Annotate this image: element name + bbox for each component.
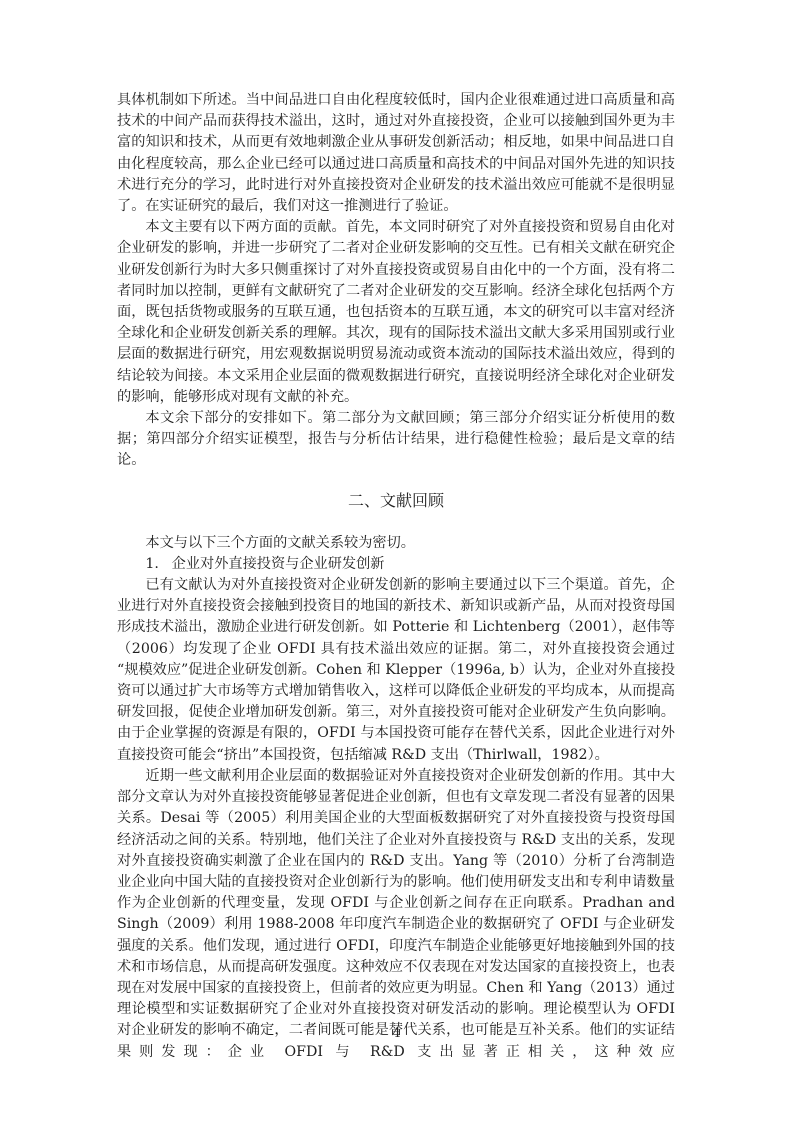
paragraph-mechanism-discussion: 具体机制如下所述。当中间品进口自由化程度较低时，国内企业很难通过进口高质量和高技…: [117, 90, 675, 217]
page-body: 具体机制如下所述。当中间品进口自由化程度较低时，国内企业很难通过进口高质量和高技…: [117, 90, 675, 1063]
document-page: 具体机制如下所述。当中间品进口自由化程度较低时，国内企业很难通过进口高质量和高技…: [0, 0, 793, 1122]
list-item-ofdi-and-innovation: 1.企业对外直接投资与企业研发创新: [117, 554, 675, 575]
list-item-label: 企业对外直接投资与企业研发创新: [172, 556, 385, 572]
paragraph-firm-level-evidence: 近期一些文献利用企业层面的数据验证对外直接投资对企业研发创新的作用。其中大部分文…: [117, 766, 675, 1063]
section-heading-literature-review: 二、文献回顾: [117, 490, 675, 512]
page-number: 4: [0, 1026, 793, 1041]
paragraph-three-channels: 已有文献认为对外直接投资对企业研发创新的影响主要通过以下三个渠道。首先，企业进行…: [117, 575, 675, 766]
list-item-number: 1.: [145, 554, 171, 575]
paragraph-contributions: 本文主要有以下两方面的贡献。首先，本文同时研究了对外直接投资和贸易自由化对企业研…: [117, 217, 675, 408]
paragraph-literature-intro: 本文与以下三个方面的文献关系较为密切。: [117, 533, 675, 554]
paragraph-structure-outline: 本文余下部分的安排如下。第二部分为文献回顾；第三部分介绍实证分析使用的数据；第四…: [117, 408, 675, 472]
